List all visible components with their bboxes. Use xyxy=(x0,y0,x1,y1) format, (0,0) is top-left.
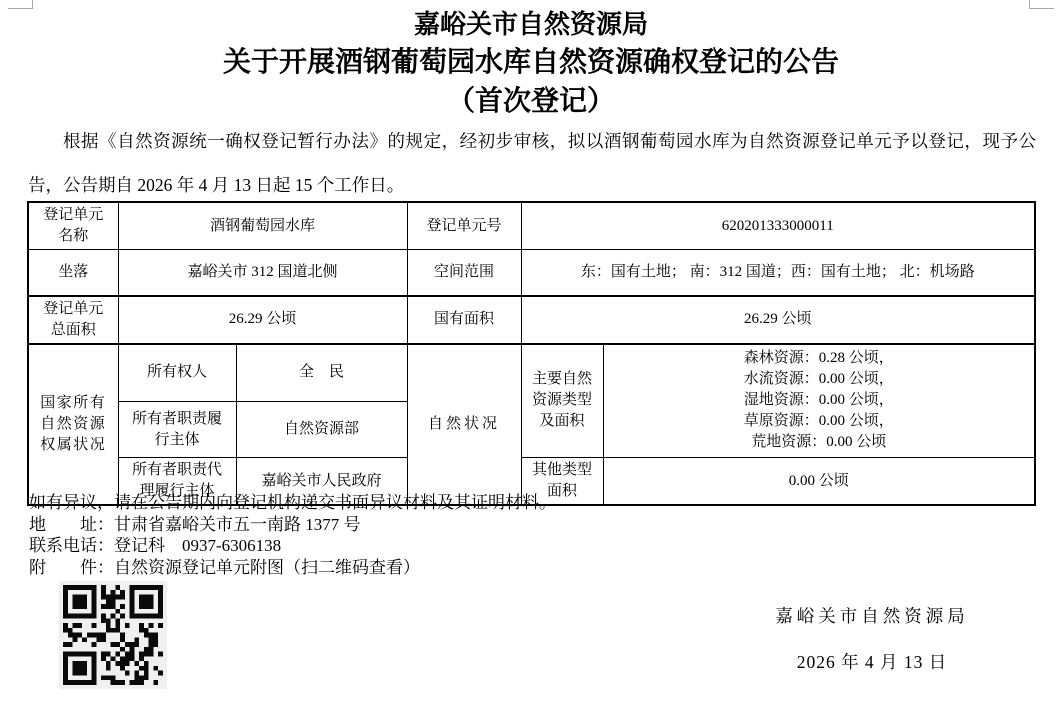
main-resources-value: 森林资源：0.28 公顷， 水流资源：0.00 公顷， 湿地资源：0.00 公顷… xyxy=(603,344,1035,458)
duty-performer-value: 自然资源部 xyxy=(236,402,407,458)
signature-date: 2026 年 4 月 13 日 xyxy=(762,650,982,674)
title-agency: 嘉峪关市自然资源局 xyxy=(0,6,1062,42)
total-area-value: 26.29 公顷 xyxy=(118,296,407,344)
owner-label: 所有权人 xyxy=(118,344,236,402)
table-row-owner: 国家所有 自然资源 权属状况 所有权人 全 民 自然状况 主要自然 资源类型 及… xyxy=(28,344,1035,402)
spatial-range-value: 东：国有土地； 南：312 国道；西：国有土地； 北：机场路 xyxy=(521,250,1035,296)
address-line: 地 址：甘肃省嘉峪关市五一南路 1377 号 xyxy=(29,514,1034,536)
objection-note: 如有异议，请在公告期内向登记机构递交书面异议材料及其证明材料。 xyxy=(29,492,1034,514)
unit-name-label: 登记单元 名称 xyxy=(28,202,118,250)
intro-paragraph: 根据《自然资源统一确权登记暂行办法》的规定，经初步审核，拟以酒钢葡萄园水库为自然… xyxy=(28,119,1036,207)
location-value: 嘉峪关市 312 国道北侧 xyxy=(118,250,407,296)
main-resources-label: 主要自然 资源类型 及面积 xyxy=(521,344,603,458)
attachment-line: 附 件：自然资源登记单元附图（扫二维码查看） xyxy=(29,557,1034,579)
unit-number-value: 620201333000011 xyxy=(521,202,1035,250)
table-row-area: 登记单元 总面积 26.29 公顷 国有面积 26.29 公顷 xyxy=(28,296,1035,344)
announcement-page: 嘉峪关市自然资源局 关于开展酒钢葡萄园水库自然资源确权登记的公告 （首次登记） … xyxy=(0,0,1062,716)
table-row-unit-name: 登记单元 名称 酒钢葡萄园水库 登记单元号 620201333000011 xyxy=(28,202,1035,250)
state-owned-area-label: 国有面积 xyxy=(407,296,521,344)
title-subject: 关于开展酒钢葡萄园水库自然资源确权登记的公告 xyxy=(0,42,1062,82)
document-title: 嘉峪关市自然资源局 关于开展酒钢葡萄园水库自然资源确权登记的公告 （首次登记） xyxy=(0,6,1062,120)
natural-status-label: 自然状况 xyxy=(407,344,521,506)
qr-code-icon xyxy=(59,581,167,689)
spatial-range-label: 空间范围 xyxy=(407,250,521,296)
state-owned-area-value: 26.29 公顷 xyxy=(521,296,1035,344)
table-row-location: 坐落 嘉峪关市 312 国道北侧 空间范围 东：国有土地； 南：312 国道；西… xyxy=(28,250,1035,296)
signature-block: 嘉峪关市自然资源局 2026 年 4 月 13 日 xyxy=(762,604,982,674)
footer-notes: 如有异议，请在公告期内向登记机构递交书面异议材料及其证明材料。 地 址：甘肃省嘉… xyxy=(29,492,1034,578)
unit-name-value: 酒钢葡萄园水库 xyxy=(118,202,407,250)
total-area-label: 登记单元 总面积 xyxy=(28,296,118,344)
unit-number-label: 登记单元号 xyxy=(407,202,521,250)
registration-table: 登记单元 名称 酒钢葡萄园水库 登记单元号 620201333000011 坐落… xyxy=(27,201,1036,506)
owner-value: 全 民 xyxy=(236,344,407,402)
title-registration-type: （首次登记） xyxy=(0,82,1062,120)
ownership-status-label: 国家所有 自然资源 权属状况 xyxy=(28,344,118,506)
phone-line: 联系电话：登记科 0937-6306138 xyxy=(29,535,1034,557)
duty-performer-label: 所有者职责履 行主体 xyxy=(118,402,236,458)
location-label: 坐落 xyxy=(28,250,118,296)
signature-agency: 嘉峪关市自然资源局 xyxy=(762,604,982,628)
